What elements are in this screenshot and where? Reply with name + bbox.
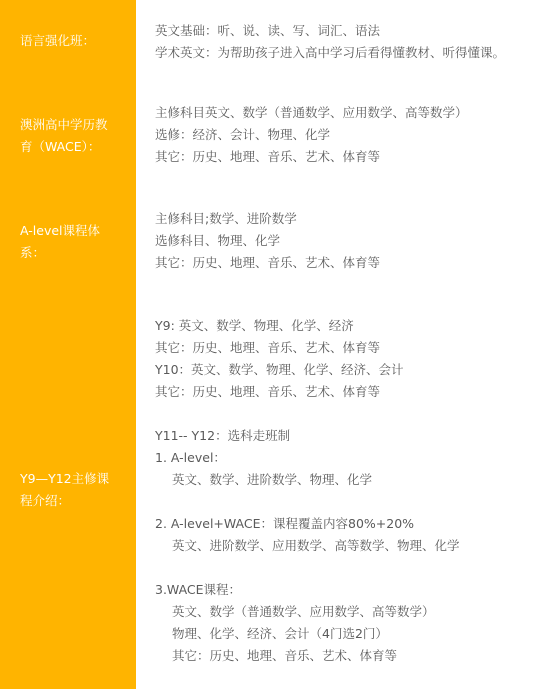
label-text: Y9—Y12主修课 <box>20 468 120 490</box>
label-text: 系： <box>20 242 120 264</box>
item-title: 3.WACE课程： <box>155 579 460 601</box>
spacer <box>155 491 460 513</box>
label-text: 澳洲高中学历教 <box>20 114 120 136</box>
content-line: 主修科目;数学、进阶数学 <box>155 208 380 230</box>
content-line: 其它：历史、地理、音乐、艺术、体育等 <box>155 381 404 403</box>
intro-line: Y11-- Y12：选科走班制 <box>155 425 460 447</box>
section-label-y9-y12: Y9—Y12主修课 程介绍： <box>20 468 120 512</box>
section-content-language: 英文基础：听、说、读、写、词汇、语法 学术英文：为帮助孩子进入高中学习后看得懂教… <box>155 20 505 64</box>
content-line: 主修科目英文、数学（普通数学、应用数学、高等数学） <box>155 102 468 124</box>
content-line: 其它：历史、地理、音乐、艺术、体育等 <box>155 252 380 274</box>
content-line: 英文、数学、进阶数学、物理、化学 <box>155 469 460 491</box>
section-label-alevel: A-level课程体 系： <box>20 220 120 264</box>
item-title: 1. A-level： <box>155 447 460 469</box>
spacer <box>155 557 460 579</box>
content-line: Y10：英文、数学、物理、化学、经济、会计 <box>155 359 404 381</box>
content-line: 英文、数学（普通数学、应用数学、高等数学） <box>155 601 460 623</box>
section-content-alevel: 主修科目;数学、进阶数学 选修科目、物理、化学 其它：历史、地理、音乐、艺术、体… <box>155 208 380 274</box>
content-line: 选修：经济、会计、物理、化学 <box>155 124 468 146</box>
item-title: 2. A-level+WACE：课程覆盖内容80%+20% <box>155 513 460 535</box>
label-text: A-level课程体 <box>20 220 120 242</box>
content-line: 英文、进阶数学、应用数学、高等数学、物理、化学 <box>155 535 460 557</box>
content-line: 其它：历史、地理、音乐、艺术、体育等 <box>155 645 460 667</box>
label-text: 程介绍： <box>20 490 120 512</box>
section-content-wace: 主修科目英文、数学（普通数学、应用数学、高等数学） 选修：经济、会计、物理、化学… <box>155 102 468 168</box>
label-text: 育（WACE）： <box>20 136 120 158</box>
section-content-y9-y12: Y11-- Y12：选科走班制 1. A-level： 英文、数学、进阶数学、物… <box>155 425 460 667</box>
sidebar-column <box>0 0 136 689</box>
content-line: 英文基础：听、说、读、写、词汇、语法 <box>155 20 505 42</box>
label-text: 语言强化班： <box>20 30 120 52</box>
content-line: 学术英文：为帮助孩子进入高中学习后看得懂教材、听得懂课。 <box>155 42 505 64</box>
section-label-wace: 澳洲高中学历教 育（WACE）： <box>20 114 120 158</box>
content-line: 其它：历史、地理、音乐、艺术、体育等 <box>155 337 404 359</box>
content-line: 物理、化学、经济、会计（4门选2门） <box>155 623 460 645</box>
content-line: 选修科目、物理、化学 <box>155 230 380 252</box>
section-content-y9-y10: Y9: 英文、数学、物理、化学、经济 其它：历史、地理、音乐、艺术、体育等 Y1… <box>155 315 404 403</box>
content-line: 其它：历史、地理、音乐、艺术、体育等 <box>155 146 468 168</box>
content-line: Y9: 英文、数学、物理、化学、经济 <box>155 315 404 337</box>
section-label-language: 语言强化班： <box>20 30 120 52</box>
